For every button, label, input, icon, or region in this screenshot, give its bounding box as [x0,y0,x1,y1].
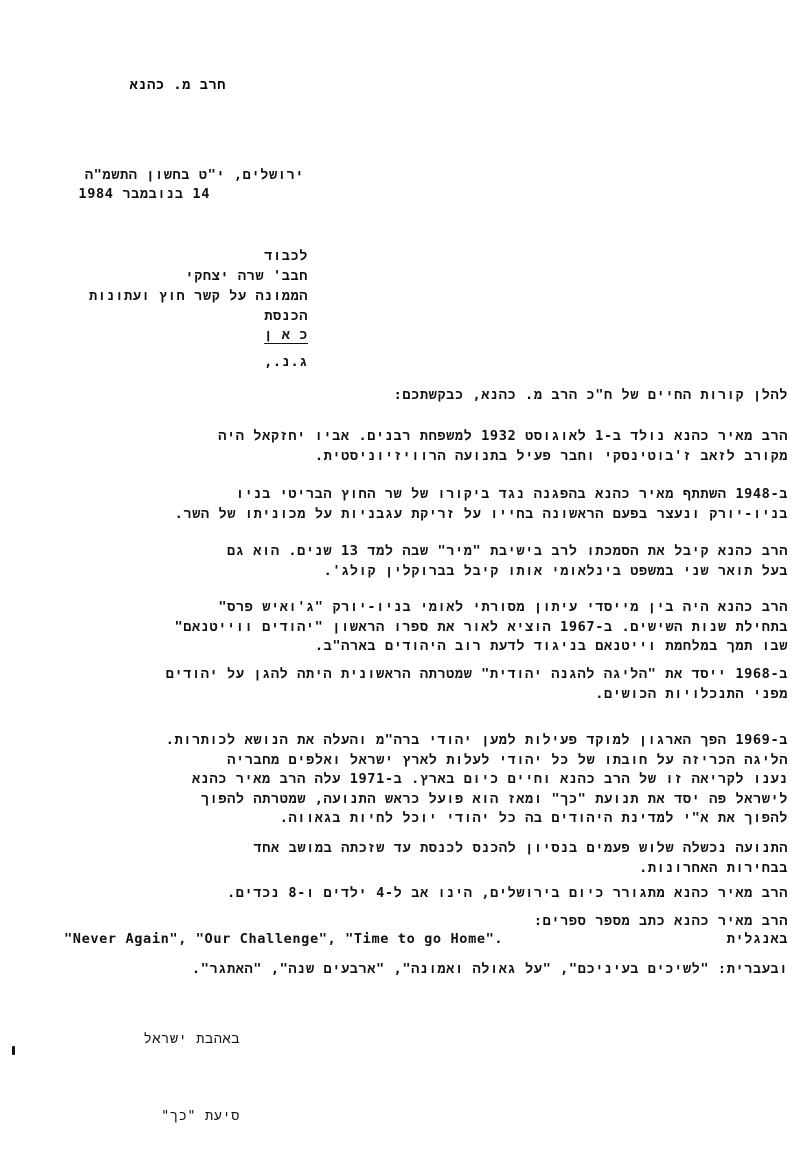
books-english-label: באנגלית [727,930,788,949]
paragraph-line: ב-1969 הפך הארגון למוקד פעילות למען יהוד… [166,731,788,750]
paragraph-line: הרב כהנא קיבל את הסמכתו לרב בישיבת "מיר"… [227,542,788,561]
paragraph-line: שבו תמך במלחמת וייטנאם בניגוד לדעת רוב ה… [315,637,788,656]
recipient-salutation: לכבוד [264,247,308,266]
recipient-department: הממונה על קשר חוץ ועתונות [89,287,308,306]
paragraph-line: ב-1948 השתתף מאיר כהנא בהפגנה נגד ביקורו… [236,485,788,504]
paragraph-line: בעל תואר שני במשפט בינלאומי אותו קיבל בב… [324,562,788,581]
signature: סיעת "כך" [161,1107,240,1126]
recipient-location: כ א ן [264,326,308,345]
letter-page: חרב מ. כהנא ירושלים, י"ט בחשון התשמ"ה 14… [0,0,800,1170]
recipient-greeting: ג.נ., [264,353,308,372]
margin-mark [12,1046,15,1055]
books-intro: הרב מאיר כהנא כתב מספר ספרים: [534,912,788,931]
dateline-hebrew: ירושלים, י"ט בחשון התשמ"ה [85,166,304,185]
paragraph-line: הרב כהנא היה בין מייסדי עיתון מסורתי לאו… [218,598,788,617]
paragraph-line: לישראל פה יסד את תנועת "כך" ומאז הוא פוע… [201,790,788,809]
books-hebrew-line: ובעברית: "לשיכים בעיניכם", "על גאולה ואמ… [192,960,788,979]
paragraph-line: הרב מאיר כהנא מתגורר כיום בירושלים, הינו… [227,884,788,903]
letterhead: חרב מ. כהנא [130,76,226,95]
paragraph-line: הליגה הכריזה על חובתו של כל יהודי לעלות … [227,751,788,770]
recipient-name: חבב' שרה יצחקי [185,267,308,286]
closing: באהבת ישראל [144,1030,240,1049]
paragraph-line: הרב מאיר כהנא נולד ב-1 לאוגוסט 1932 למשפ… [218,427,788,446]
paragraph-line: בניו-יורק ונעצר בפעם הראשונה בחייו על זר… [175,505,788,524]
paragraph-line: מקורב לזאב ז'בוטינסקי וחבר פעיל בתנועה ה… [315,447,788,466]
intro-line: להלן קורות החיים של ח"כ הרב מ. כהנא, כבק… [394,386,788,405]
paragraph-line: התנועה נכשלה שלוש פעמים בנסיון להכנס לכנ… [254,839,788,858]
paragraph-line: ב-1968 ייסד את "הליגה להגנה יהודית" שמטר… [166,665,788,684]
recipient-institution: הכנסת [264,307,308,326]
dateline-gregorian: 14 בנובמבר 1984 [78,185,210,204]
paragraph-line: בבחירות האחרונות. [639,859,788,878]
books-english-titles: "Never Again", "Our Challenge", "Time to… [64,930,503,949]
paragraph-line: בתחילת שנות השישים. ב-1967 הוציא לאור את… [174,618,788,637]
paragraph-line: מפני התנכלויות הכושים. [595,685,788,704]
paragraph-line: להפוך את א"י למדינת היהודים בה כל יהודי … [280,809,788,828]
paragraph-line: נענו לקריאה זו של הרב כהנא וחיים כיום בא… [192,770,788,789]
